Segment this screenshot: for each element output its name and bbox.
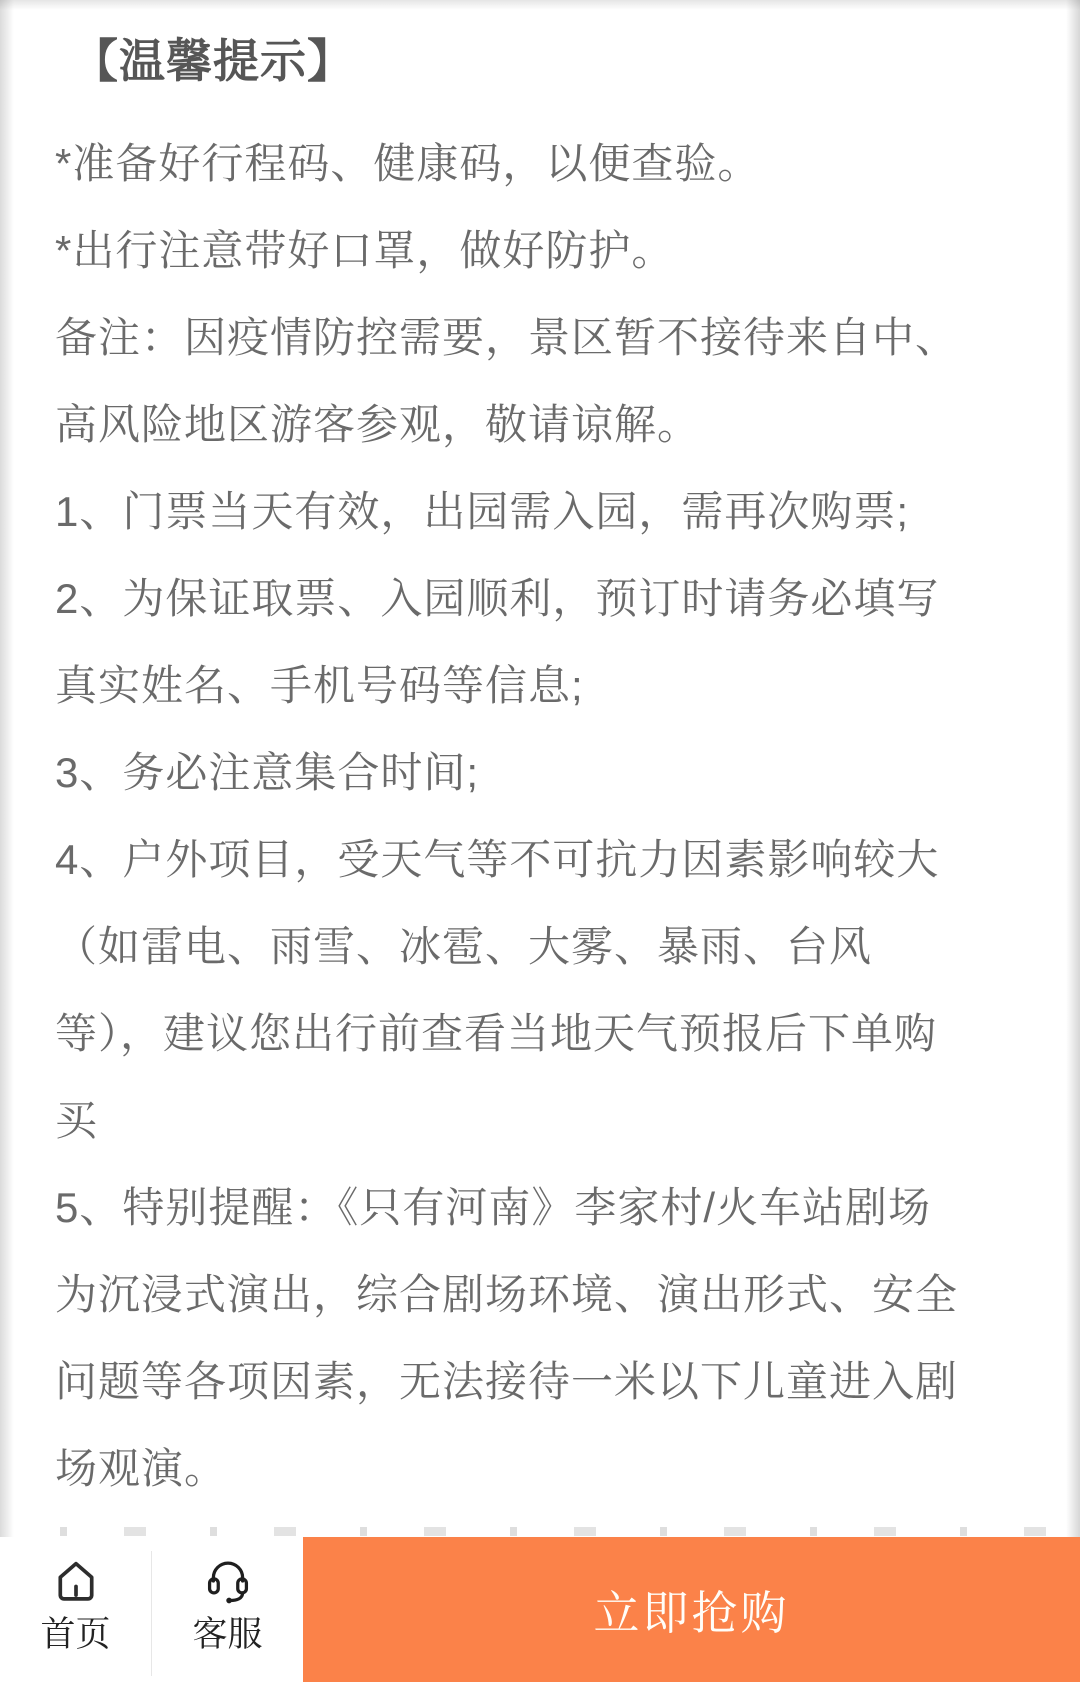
notice-line: 2、为保证取票、入园顺利，预订时请务必填写 — [55, 555, 1040, 642]
buy-now-button[interactable]: 立即抢购 — [303, 1537, 1080, 1682]
notice-line: 问题等各项因素，无法接待一米以下儿童进入剧 — [55, 1338, 1040, 1425]
notice-line: *出行注意带好口罩，做好防护。 — [55, 207, 1040, 294]
notice-line: 3、务必注意集合时间; — [55, 729, 1040, 816]
headset-icon — [202, 1555, 254, 1607]
tab-customer-service-label: 客服 — [192, 1613, 262, 1657]
notice-line: 买 — [55, 1077, 1040, 1164]
notice-line: 备注：因疫情防控需要，景区暂不接待来自中、 — [55, 294, 1040, 381]
notice-line: 4、户外项目，受天气等不可抗力因素影响较大 — [55, 816, 1040, 903]
tab-customer-service[interactable]: 客服 — [152, 1537, 303, 1682]
page-edge-shadow-right — [1066, 0, 1080, 1537]
cutoff-text-hint — [60, 1527, 1050, 1536]
notice-title: 【温馨提示】 — [72, 36, 1080, 86]
bottom-tab-bar: 首页 客服 立即抢购 — [0, 1537, 1080, 1682]
notice-page: 【温馨提示】 *准备好行程码、健康码，以便查验。 *出行注意带好口罩，做好防护。… — [0, 0, 1080, 1682]
tab-home[interactable]: 首页 — [0, 1537, 151, 1682]
notice-line: 真实姓名、手机号码等信息; — [55, 642, 1040, 729]
notice-line: 场观演。 — [55, 1425, 1040, 1512]
notice-content[interactable]: 【温馨提示】 *准备好行程码、健康码，以便查验。 *出行注意带好口罩，做好防护。… — [0, 0, 1080, 1537]
home-icon — [50, 1555, 102, 1607]
page-edge-shadow-left — [0, 0, 14, 1537]
notice-body: *准备好行程码、健康码，以便查验。 *出行注意带好口罩，做好防护。 备注：因疫情… — [55, 120, 1040, 1512]
notice-line: 高风险地区游客参观，敬请谅解。 — [55, 381, 1040, 468]
tab-home-label: 首页 — [40, 1613, 110, 1657]
notice-line: 5、特别提醒：《只有河南》李家村/火车站剧场 — [55, 1164, 1040, 1251]
notice-line: （如雷电、雨雪、冰雹、大雾、暴雨、台风 — [55, 903, 1040, 990]
page-edge-shadow-top — [0, 0, 1080, 10]
notice-line: 1、门票当天有效，出园需入园，需再次购票; — [55, 468, 1040, 555]
notice-line: 为沉浸式演出，综合剧场环境、演出形式、安全 — [55, 1251, 1040, 1338]
notice-line: *准备好行程码、健康码，以便查验。 — [55, 120, 1040, 207]
notice-line: 等），建议您出行前查看当地天气预报后下单购 — [55, 990, 1040, 1077]
